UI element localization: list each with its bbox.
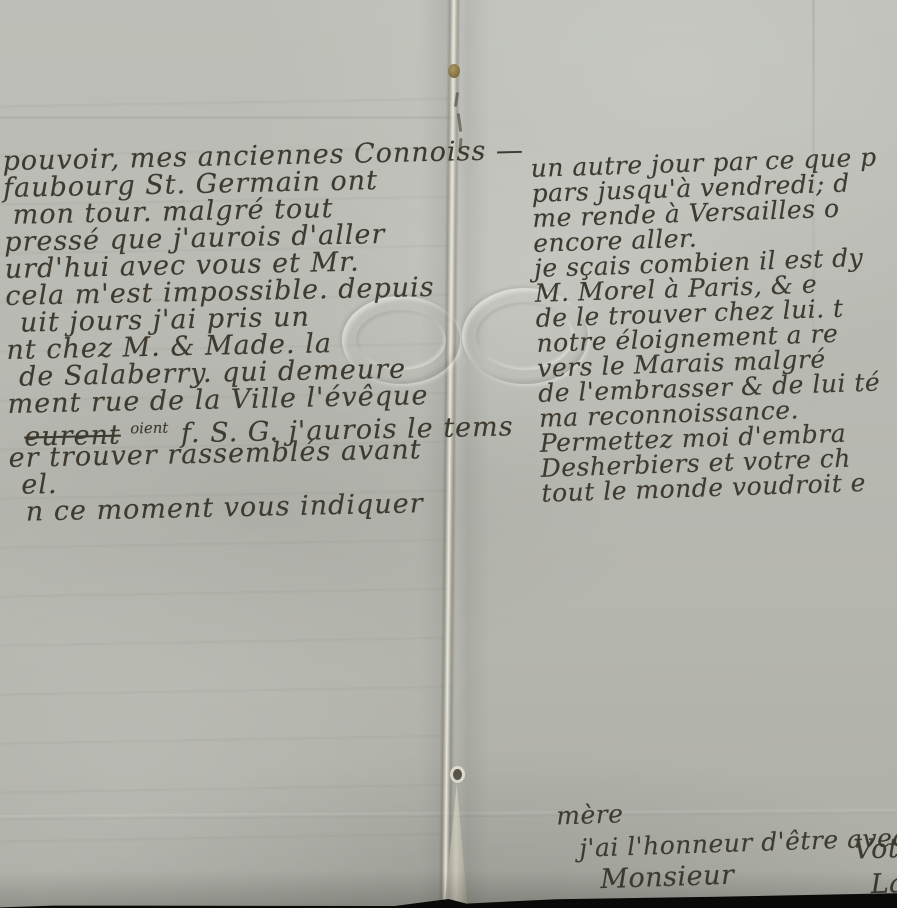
horizontal-crease-top bbox=[0, 116, 455, 119]
left-page-text: pouvoir, mes anciennes Connoiss — faubou… bbox=[2, 126, 470, 514]
right-page-text: un autre jour par ce que p pars jusqu'à … bbox=[530, 134, 897, 908]
wax-spot bbox=[448, 64, 460, 78]
manuscript-letter-photo: pouvoir, mes anciennes Connoiss — faubou… bbox=[0, 0, 897, 908]
pinhole bbox=[453, 769, 462, 780]
